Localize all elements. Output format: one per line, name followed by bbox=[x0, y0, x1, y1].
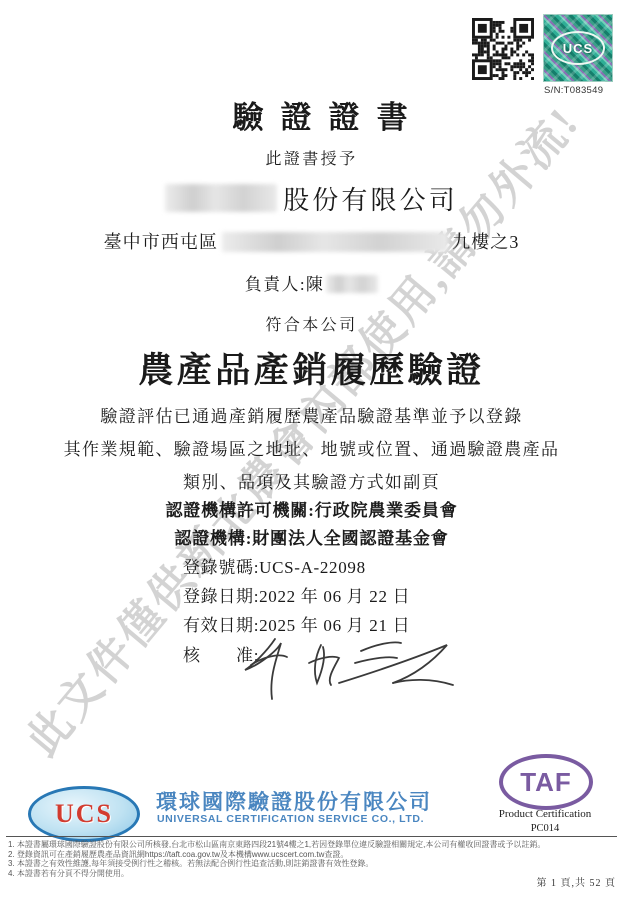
footer-note-3: 3. 本證書之有效性維護,每年須接受例行性之稽核。若無法配合例行性追查活動,則註… bbox=[8, 859, 568, 869]
hologram-ucs-oval: UCS bbox=[551, 31, 605, 65]
accreditation-line: 認證機構:財團法人全國認證基金會 bbox=[0, 524, 623, 549]
footer-note-4: 4. 本證書若有分頁不得分開使用。 bbox=[8, 869, 568, 879]
registration-number: 登錄號碼:UCS-A-22098 bbox=[183, 553, 366, 578]
qr-code-image bbox=[472, 18, 534, 80]
taf-logo-text: TAF bbox=[520, 767, 572, 798]
registration-date: 登錄日期:2022 年 06 月 22 日 bbox=[183, 582, 410, 607]
footer-notes: 1. 本證書屬環球國際驗證股份有限公司所核發,台北市松山區南京東路四段21號4樓… bbox=[8, 840, 568, 878]
redacted-company-name bbox=[165, 184, 277, 212]
footer-note-2: 2. 登錄資訊可在產銷履歷農產品資訊網https://taft.coa.gov.… bbox=[8, 850, 568, 860]
qr-code bbox=[472, 18, 534, 80]
redacted-address bbox=[222, 232, 448, 252]
company-suffix: 股份有限公司 bbox=[283, 186, 458, 215]
responsible-label: 負責人:陳 bbox=[245, 275, 325, 294]
description-line-1: 驗證評估已通過產銷履歷農產品驗證基準並予以登錄 bbox=[0, 402, 623, 427]
hologram-sticker: UCS bbox=[543, 14, 613, 82]
approval-signature bbox=[235, 625, 465, 705]
certificate-title: 驗證證書 bbox=[0, 92, 623, 137]
ucs-logo-text: UCS bbox=[55, 799, 113, 829]
page-number: 第 1 頁,共 52 頁 bbox=[500, 874, 616, 889]
address-line: 臺中市西屯區九樓之3 bbox=[0, 228, 623, 254]
address-prefix: 臺中市西屯區 bbox=[104, 232, 218, 252]
description-line-3: 類別、品項及其驗證方式如副頁 bbox=[0, 468, 623, 493]
redacted-person-name bbox=[326, 275, 378, 293]
description-line-2: 其作業規範、驗證場區之地址、地號或位置、通過驗證農產品 bbox=[0, 435, 623, 460]
certificate-page: 此文件僅供新北農會內部使用,請勿外流! UCS S/N:T083549 驗證證書… bbox=[0, 0, 623, 898]
footer-note-1: 1. 本證書屬環球國際驗證股份有限公司所核發,台北市松山區南京東路四段21號4樓… bbox=[8, 840, 568, 850]
issuer-name-chinese: 環球國際驗證股份有限公司 bbox=[156, 786, 432, 816]
taf-code: PC014 bbox=[475, 823, 615, 834]
awarded-to-label: 此證書授予 bbox=[0, 146, 623, 169]
address-suffix: 九樓之3 bbox=[452, 232, 519, 252]
certification-name: 農產品產銷履歷驗證 bbox=[0, 343, 623, 393]
ucs-logo: UCS bbox=[28, 786, 140, 842]
taf-logo: TAF bbox=[499, 754, 593, 810]
authority-line: 認證機構許可機關:行政院農業委員會 bbox=[0, 496, 623, 521]
company-name-line: 股份有限公司 bbox=[0, 180, 623, 217]
footer-divider bbox=[6, 836, 617, 837]
conform-label: 符合本公司 bbox=[0, 312, 623, 335]
taf-caption: Product Certification bbox=[475, 808, 615, 820]
issuer-name-english: UNIVERSAL CERTIFICATION SERVICE CO., LTD… bbox=[157, 813, 424, 825]
responsible-person-line: 負責人:陳 bbox=[0, 270, 623, 295]
